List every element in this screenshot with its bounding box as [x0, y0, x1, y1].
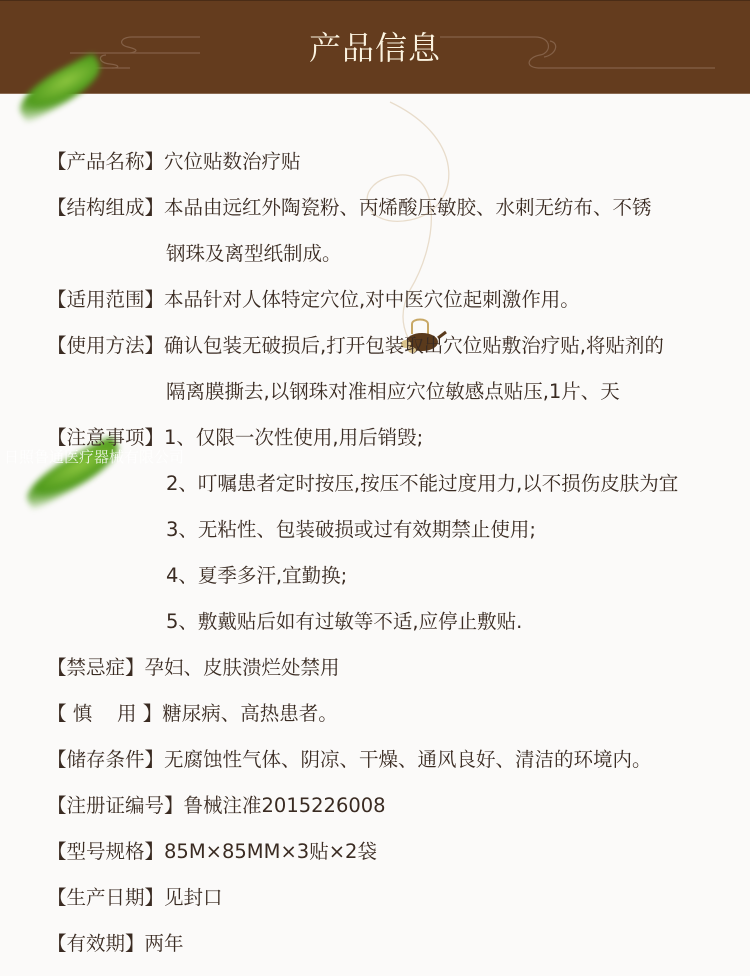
info-value: 孕妇、皮肤溃烂处禁用 — [145, 645, 340, 691]
precaution-item: 2、叮嘱患者定时按压,按压不能过度用力,以不损伤皮肤为宜 — [47, 461, 727, 507]
info-value: 糖尿病、高热患者。 — [162, 691, 338, 737]
info-row-production-date: 【生产日期】 见封口 — [47, 875, 727, 921]
page-title: 产品信息 — [0, 23, 750, 69]
info-value: 确认包装无破损后,打开包装取出穴位贴敷治疗贴,将贴剂的 — [164, 323, 664, 369]
info-row-composition: 【结构组成】 本品由远红外陶瓷粉、丙烯酸压敏胶、水刺无纺布、不锈 — [47, 185, 727, 231]
info-value: 穴位贴数治疗贴 — [164, 139, 301, 185]
info-value-continued: 隔离膜撕去,以钢珠对准相应穴位敏感点贴压,1片、天 — [47, 369, 727, 415]
info-row-registration: 【注册证编号】 鲁械注准2015226008 — [47, 783, 727, 829]
info-label: 【有效期】 — [47, 921, 145, 967]
info-value: 本品由远红外陶瓷粉、丙烯酸压敏胶、水刺无纺布、不锈 — [164, 185, 652, 231]
info-label: 【生产日期】 — [47, 875, 164, 921]
info-value-continued: 钢珠及离型纸制成。 — [47, 231, 727, 277]
info-row-contraindications: 【禁忌症】 孕妇、皮肤溃烂处禁用 — [47, 645, 727, 691]
info-label: 【结构组成】 — [47, 185, 164, 231]
precaution-item: 5、敷戴贴后如有过敏等不适,应停止敷贴. — [47, 599, 727, 645]
info-value: 85M×85MM×3贴×2袋 — [164, 829, 377, 875]
info-value: 本品针对人体特定穴位,对中医穴位起刺激作用。 — [164, 277, 580, 323]
info-label: 【型号规格】 — [47, 829, 164, 875]
info-label: 【储存条件】 — [47, 737, 164, 783]
info-value: 见封口 — [164, 875, 223, 921]
info-value: 两年 — [145, 921, 184, 967]
info-value: 鲁械注准2015226008 — [184, 783, 386, 829]
info-row-validity: 【有效期】 两年 — [47, 921, 727, 967]
info-label: 【产品名称】 — [47, 139, 164, 185]
info-label: 【注册证编号】 — [47, 783, 184, 829]
product-info-list: 【产品名称】 穴位贴数治疗贴 【结构组成】 本品由远红外陶瓷粉、丙烯酸压敏胶、水… — [47, 139, 727, 967]
info-row-usage: 【使用方法】 确认包装无破损后,打开包装取出穴位贴敷治疗贴,将贴剂的 — [47, 323, 727, 369]
info-label: 【禁忌症】 — [47, 645, 145, 691]
info-row-scope: 【适用范围】 本品针对人体特定穴位,对中医穴位起刺激作用。 — [47, 277, 727, 323]
info-label: 【适用范围】 — [47, 277, 164, 323]
info-label: 【注意事项】 — [47, 415, 164, 461]
precaution-item: 3、无粘性、包装破损或过有效期禁止使用; — [47, 507, 727, 553]
info-value: 1、仅限一次性使用,用后销毁; — [164, 415, 423, 461]
info-label: 【 慎 用 】 — [47, 691, 162, 737]
info-value: 无腐蚀性气体、阴凉、干燥、通风良好、清洁的环境内。 — [164, 737, 652, 783]
info-row-model-spec: 【型号规格】 85M×85MM×3贴×2袋 — [47, 829, 727, 875]
info-row-caution: 【 慎 用 】 糖尿病、高热患者。 — [47, 691, 727, 737]
header-banner: 产品信息 — [0, 0, 750, 94]
info-label: 【使用方法】 — [47, 323, 164, 369]
info-row-precautions: 【注意事项】 1、仅限一次性使用,用后销毁; — [47, 415, 727, 461]
precaution-item: 4、夏季多汗,宜勤换; — [47, 553, 727, 599]
info-row-storage: 【储存条件】 无腐蚀性气体、阴凉、干燥、通风良好、清洁的环境内。 — [47, 737, 727, 783]
info-row-product-name: 【产品名称】 穴位贴数治疗贴 — [47, 139, 727, 185]
